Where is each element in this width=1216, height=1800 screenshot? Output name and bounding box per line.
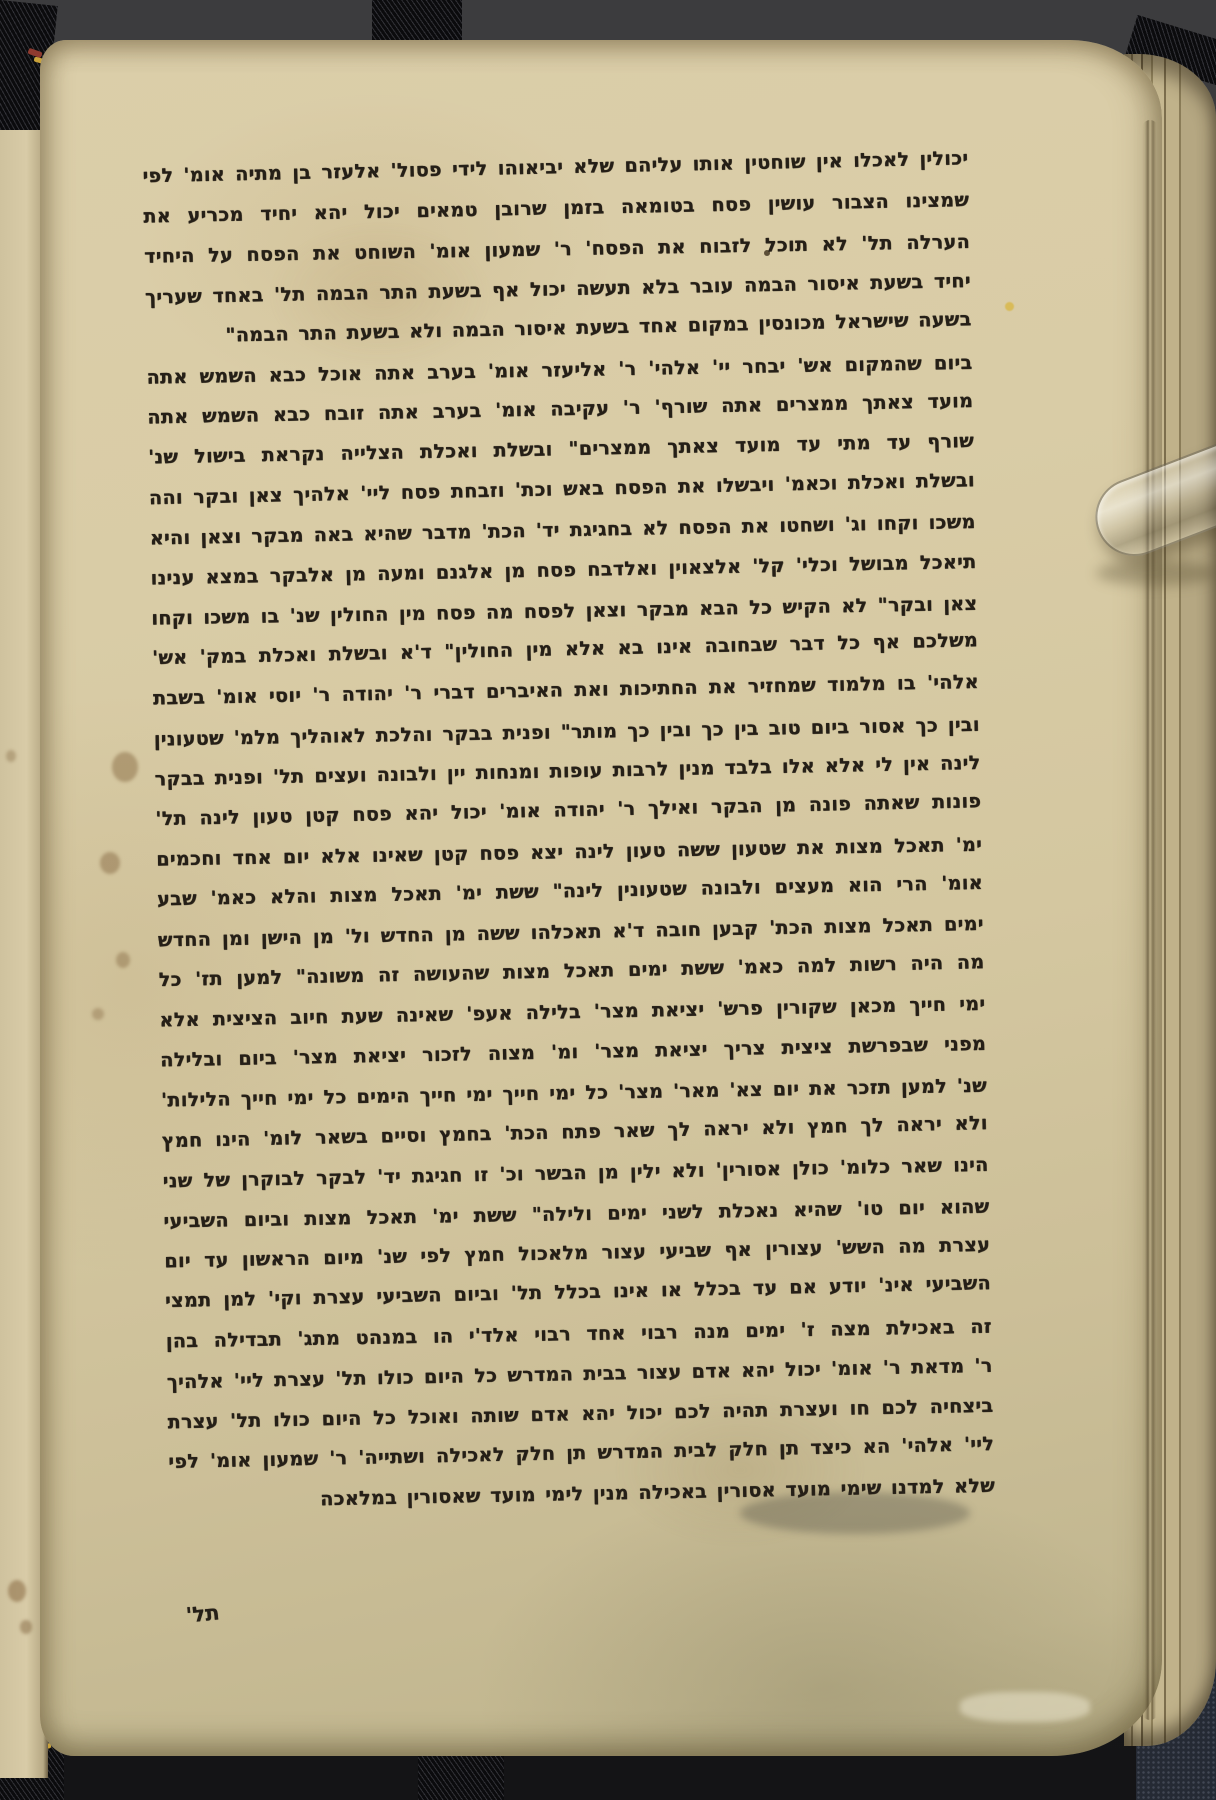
- page-holder-shadow: [1096, 560, 1216, 586]
- foxing-spot: [8, 1580, 26, 1602]
- wax-crumb: [1005, 302, 1014, 311]
- foxing-spot: [92, 1008, 104, 1020]
- manuscript-page: יכולין לאכלו אין שוחטין אותו עליהם שלא י…: [40, 40, 1162, 1756]
- foxing-spot: [6, 750, 16, 762]
- foxing-spot: [100, 852, 120, 874]
- foxing-spot: [116, 952, 130, 968]
- foxing-spot: [20, 1620, 32, 1634]
- abrasion-mark: [960, 1692, 1090, 1722]
- catchword: תל': [185, 1600, 221, 1627]
- gutter-crease: [1142, 120, 1158, 1720]
- text-block: יכולין לאכלו אין שוחטין אותו עליהם שלא י…: [142, 140, 995, 1523]
- foxing-spot: [112, 752, 138, 782]
- photo-stage: יכולין לאכלו אין שוחטין אותו עליהם שלא י…: [0, 0, 1216, 1800]
